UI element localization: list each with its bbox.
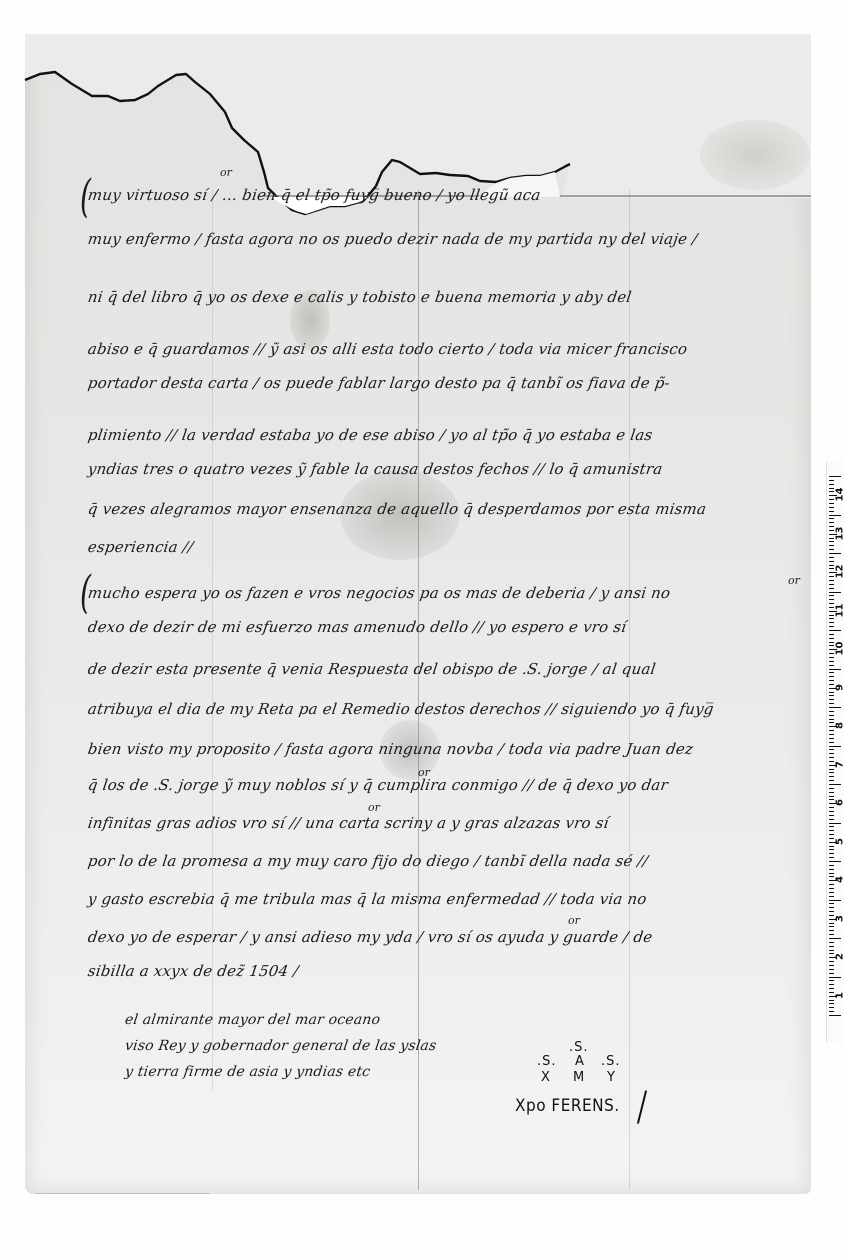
superscript: or <box>568 914 580 927</box>
ruler-tick <box>829 849 834 850</box>
ruler-tick <box>829 826 834 827</box>
ruler-label: 14 <box>835 488 844 502</box>
signature-cipher: .S. .S. A .S. X M Y Xpo FERENS. <box>515 1040 665 1130</box>
ruler-tick <box>829 977 841 978</box>
ruler-tick <box>829 565 834 566</box>
closing-line: el almirante mayor del mar oceano <box>124 1012 381 1028</box>
ruler-label: 6 <box>835 796 844 810</box>
burn-damage <box>0 0 844 240</box>
ruler-tick <box>829 603 834 604</box>
ruler-tick <box>829 973 834 974</box>
ruler-tick <box>829 984 834 985</box>
ruler-tick <box>829 857 834 858</box>
ruler-tick <box>829 711 834 712</box>
ruler-tick <box>829 522 834 523</box>
ruler-tick <box>829 915 834 916</box>
ruler-tick <box>829 1000 834 1001</box>
signature-mid-center: A <box>575 1054 585 1069</box>
text-line: por lo de la promesa a my muy caro fijo … <box>87 852 650 870</box>
ruler-label: 3 <box>835 911 844 925</box>
ruler-tick <box>829 561 834 562</box>
ruler-tick <box>829 942 834 943</box>
ruler-tick <box>829 607 834 608</box>
text-line: muy enfermo / fasta agora no os puedo de… <box>87 230 699 248</box>
ruler-tick <box>829 769 834 770</box>
ruler-tick <box>829 669 841 670</box>
ruler-tick <box>829 896 834 897</box>
ruler-tick <box>829 796 834 797</box>
ruler-tick <box>829 746 841 747</box>
ruler-tick <box>829 703 834 704</box>
ruler-tick <box>829 969 834 970</box>
ruler-tick <box>829 626 834 627</box>
ruler-tick <box>829 722 834 723</box>
ruler-tick <box>829 618 834 619</box>
ruler-tick <box>829 719 834 720</box>
ruler-tick <box>829 961 834 962</box>
ruler-tick <box>829 588 834 589</box>
ruler-tick <box>829 672 834 673</box>
ruler-tick <box>829 622 834 623</box>
text-line: plimiento // la verdad estaba yo de ese … <box>87 426 654 444</box>
ruler-tick <box>829 834 834 835</box>
ruler-tick <box>829 865 834 866</box>
text-line: sibilla a xxyx de dez̃ 1504 / <box>87 962 300 980</box>
ruler-tick <box>829 819 834 820</box>
ruler-label: 2 <box>835 950 844 964</box>
ruler-tick <box>829 526 834 527</box>
ruler-tick <box>829 680 834 681</box>
text-line: q̄ los de .S. jorge ỹ muy noblos sí y q… <box>87 776 670 794</box>
ruler-tick <box>829 491 834 492</box>
ruler-tick <box>829 615 834 616</box>
signature-bottom-x: X <box>541 1070 551 1085</box>
ruler-label: 5 <box>835 834 844 848</box>
text-line: q̄ vezes alegramos mayor ensenanza de aq… <box>87 500 708 518</box>
ruler-tick <box>829 499 834 500</box>
text-line: abiso e q̄ guardamos // ỹ asi os alli e… <box>87 340 689 358</box>
superscript: or <box>220 166 232 179</box>
ruler-tick <box>829 815 834 816</box>
ruler-tick <box>829 884 834 885</box>
ruler-tick <box>829 749 834 750</box>
ruler-label: 11 <box>835 603 844 617</box>
ruler-tick <box>829 511 834 512</box>
ruler-tick <box>829 907 834 908</box>
ruler-tick <box>829 488 834 489</box>
ruler-tick <box>829 934 834 935</box>
signature-mid-right: .S. <box>601 1054 621 1069</box>
ruler-tick <box>829 642 834 643</box>
ruler-tick <box>829 753 834 754</box>
ruler-tick <box>829 965 834 966</box>
ruler-tick <box>829 476 841 477</box>
ruler-tick <box>829 661 834 662</box>
ruler-tick <box>829 846 834 847</box>
ruler-tick <box>829 992 834 993</box>
signature-top-s: .S. <box>569 1040 589 1055</box>
ruler-tick <box>829 657 834 658</box>
ruler-tick <box>829 553 841 554</box>
ruler-tick <box>829 980 834 981</box>
ruler-tick <box>829 757 834 758</box>
ruler-tick <box>829 876 834 877</box>
ruler-tick <box>829 634 834 635</box>
ruler-tick <box>829 692 834 693</box>
ruler-tick <box>829 830 834 831</box>
ruler-tick <box>829 1007 834 1008</box>
signature-xpo-ferens: Xpo FERENS. <box>515 1096 620 1116</box>
ruler-tick <box>829 1003 834 1004</box>
ruler-tick <box>829 557 834 558</box>
ruler-tick <box>829 1015 841 1016</box>
ruler-label: 10 <box>835 642 844 656</box>
ruler-tick <box>829 665 834 666</box>
ruler-tick <box>829 699 834 700</box>
ruler-tick <box>829 480 834 481</box>
ruler-tick <box>829 695 834 696</box>
ruler-tick <box>829 630 841 631</box>
text-line: y gasto escrebia q̄ me tribula mas q̄ la… <box>87 890 648 908</box>
ruler-tick <box>829 988 834 989</box>
ruler-tick <box>829 715 834 716</box>
ruler-label: 12 <box>835 565 844 579</box>
measuring-ruler: 1413121110987654321 <box>826 462 844 1042</box>
text-line: bien visto my proposito / fasta agora ni… <box>87 740 695 758</box>
ruler-tick <box>829 653 834 654</box>
ruler-tick <box>829 595 834 596</box>
ruler-tick <box>829 599 834 600</box>
ruler-tick <box>829 545 834 546</box>
ruler-tick <box>829 549 834 550</box>
text-line: mucho espera yo os fazen e vros negocios… <box>87 584 672 602</box>
ruler-tick <box>829 484 834 485</box>
ruler-tick <box>829 946 834 947</box>
ruler-tick <box>829 503 834 504</box>
ruler-label: 7 <box>835 757 844 771</box>
ruler-tick <box>829 950 834 951</box>
text-line: atribuya el dia de my Reta pa el Remedio… <box>87 700 715 718</box>
ruler-tick <box>829 1011 834 1012</box>
text-line: esperiencia // <box>87 538 195 556</box>
ruler-tick <box>829 900 841 901</box>
ruler-tick <box>829 792 834 793</box>
ruler-tick <box>829 780 834 781</box>
ruler-tick <box>829 838 834 839</box>
ruler-tick <box>829 576 834 577</box>
text-line: ni q̄ del libro q̄ yo os dexe e calis y … <box>87 288 633 306</box>
ruler-tick <box>829 684 834 685</box>
ruler-tick <box>829 784 841 785</box>
ruler-tick <box>829 761 834 762</box>
ruler-label: 1 <box>835 988 844 1002</box>
ruler-tick <box>829 823 841 824</box>
ruler-label: 4 <box>835 873 844 887</box>
superscript: or <box>368 801 380 814</box>
ruler-tick <box>829 676 834 677</box>
text-line: portador desta carta / os puede fablar l… <box>87 374 671 392</box>
ruler-label: 8 <box>835 719 844 733</box>
water-stain <box>700 120 810 190</box>
ruler-tick <box>829 938 841 939</box>
signature-bottom-m: M <box>573 1070 585 1085</box>
horizontal-fold-line <box>35 1193 210 1194</box>
signature-bottom-y: Y <box>607 1070 616 1085</box>
ruler-tick <box>829 930 834 931</box>
text-line: de dezir esta presente q̄ venia Respuest… <box>87 660 657 678</box>
ruler-tick <box>829 923 834 924</box>
signature-mid-left: .S. <box>537 1054 557 1069</box>
ruler-tick <box>829 584 834 585</box>
ruler-tick <box>829 734 834 735</box>
closing-line: viso Rey y gobernador general de las ysl… <box>124 1038 438 1054</box>
vertical-fold-line-left <box>212 190 213 1090</box>
ruler-tick <box>829 568 834 569</box>
text-line: infinitas gras adios vro sí // una carta… <box>87 814 610 832</box>
ruler-tick <box>829 799 834 800</box>
ruler-tick <box>829 776 834 777</box>
ruler-tick <box>829 953 834 954</box>
text-line: yndias tres o quatro vezes ỹ fable la c… <box>87 460 664 478</box>
ruler-tick <box>829 807 834 808</box>
ruler-tick <box>829 730 834 731</box>
signature-slash <box>637 1090 647 1123</box>
text-line: muy virtuoso sí / ... bien q̄ el tp̃o fu… <box>87 186 542 204</box>
ruler-tick <box>829 645 834 646</box>
text-line: dexo yo de esperar / y ansi adieso my yd… <box>87 928 654 946</box>
ruler-tick <box>829 853 834 854</box>
ruler-label: 13 <box>835 526 844 540</box>
text-line: dexo de dezir de mi esfuerzo mas amenudo… <box>87 618 628 636</box>
ruler-tick <box>829 869 834 870</box>
ruler-tick <box>829 873 834 874</box>
ruler-tick <box>829 738 834 739</box>
ruler-tick <box>829 861 841 862</box>
ruler-tick <box>829 892 834 893</box>
ruler-tick <box>829 926 834 927</box>
superscript: or <box>788 574 800 587</box>
ruler-tick <box>829 742 834 743</box>
ruler-tick <box>829 580 834 581</box>
ruler-tick <box>829 707 841 708</box>
ruler-tick <box>829 541 834 542</box>
ruler-tick <box>829 772 834 773</box>
ruler-tick <box>829 903 834 904</box>
ruler-tick <box>829 638 834 639</box>
ruler-label: 9 <box>835 680 844 694</box>
ruler-tick <box>829 507 834 508</box>
ruler-tick <box>829 518 834 519</box>
ruler-tick <box>829 592 841 593</box>
ruler-tick <box>829 888 834 889</box>
closing-line: y tierra firme de asia y yndias etc <box>124 1064 372 1080</box>
ruler-tick <box>829 538 834 539</box>
ruler-tick <box>829 911 834 912</box>
ruler-tick <box>829 530 834 531</box>
ruler-tick <box>829 515 841 516</box>
ruler-tick <box>829 811 834 812</box>
ruler-tick <box>829 788 834 789</box>
